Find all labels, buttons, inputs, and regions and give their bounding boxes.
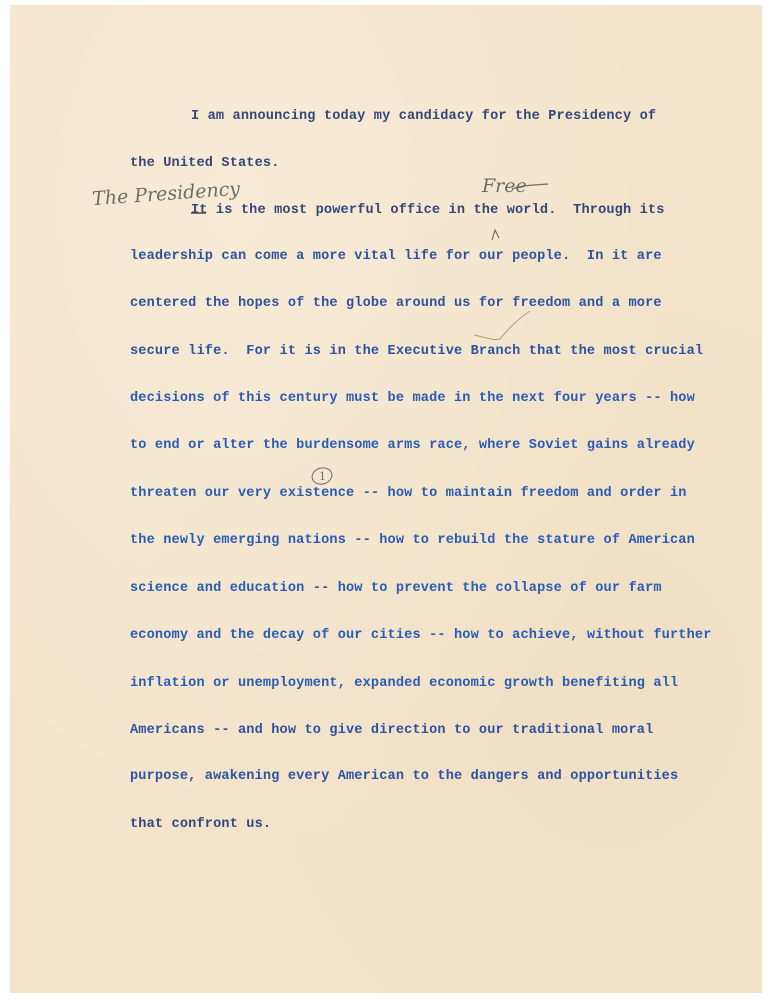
- typed-line-6: secure life. For it is in the Executive …: [130, 344, 703, 360]
- typed-line-15: purpose, awakening every American to the…: [130, 769, 678, 785]
- typed-line-13: inflation or unemployment, expanded econ…: [130, 676, 678, 692]
- check-line-icon: [472, 305, 532, 345]
- typed-line-7: decisions of this century must be made i…: [130, 391, 695, 407]
- typed-line-12: economy and the decay of our cities -- h…: [130, 628, 712, 644]
- typed-line-10: the newly emerging nations -- how to reb…: [130, 533, 695, 549]
- typed-line-16: that confront us.: [130, 817, 271, 833]
- typed-line-2: the United States.: [130, 156, 280, 172]
- typed-line-5: centered the hopes of the globe around u…: [130, 296, 662, 312]
- typed-line-8: to end or alter the burdensome arms race…: [130, 438, 695, 454]
- document-page: I am announcing today my candidacy for t…: [10, 5, 762, 993]
- typed-line-11: science and education -- how to prevent …: [130, 581, 662, 597]
- typed-line-3: It is the most powerful office in the wo…: [191, 203, 665, 219]
- handwritten-flourish-icon: [510, 181, 550, 193]
- typed-line-1: I am announcing today my candidacy for t…: [191, 109, 656, 125]
- typed-line-14: Americans -- and how to give direction t…: [130, 723, 653, 739]
- caret-insertion-icon: [490, 228, 502, 242]
- typed-line-9: threaten our very existence -- how to ma…: [130, 486, 687, 502]
- typed-line-4: leadership can come a more vital life fo…: [130, 249, 662, 265]
- svg-text:1: 1: [319, 470, 326, 483]
- circled-number-icon: 1: [309, 464, 335, 488]
- strike-mark-icon: [190, 211, 208, 215]
